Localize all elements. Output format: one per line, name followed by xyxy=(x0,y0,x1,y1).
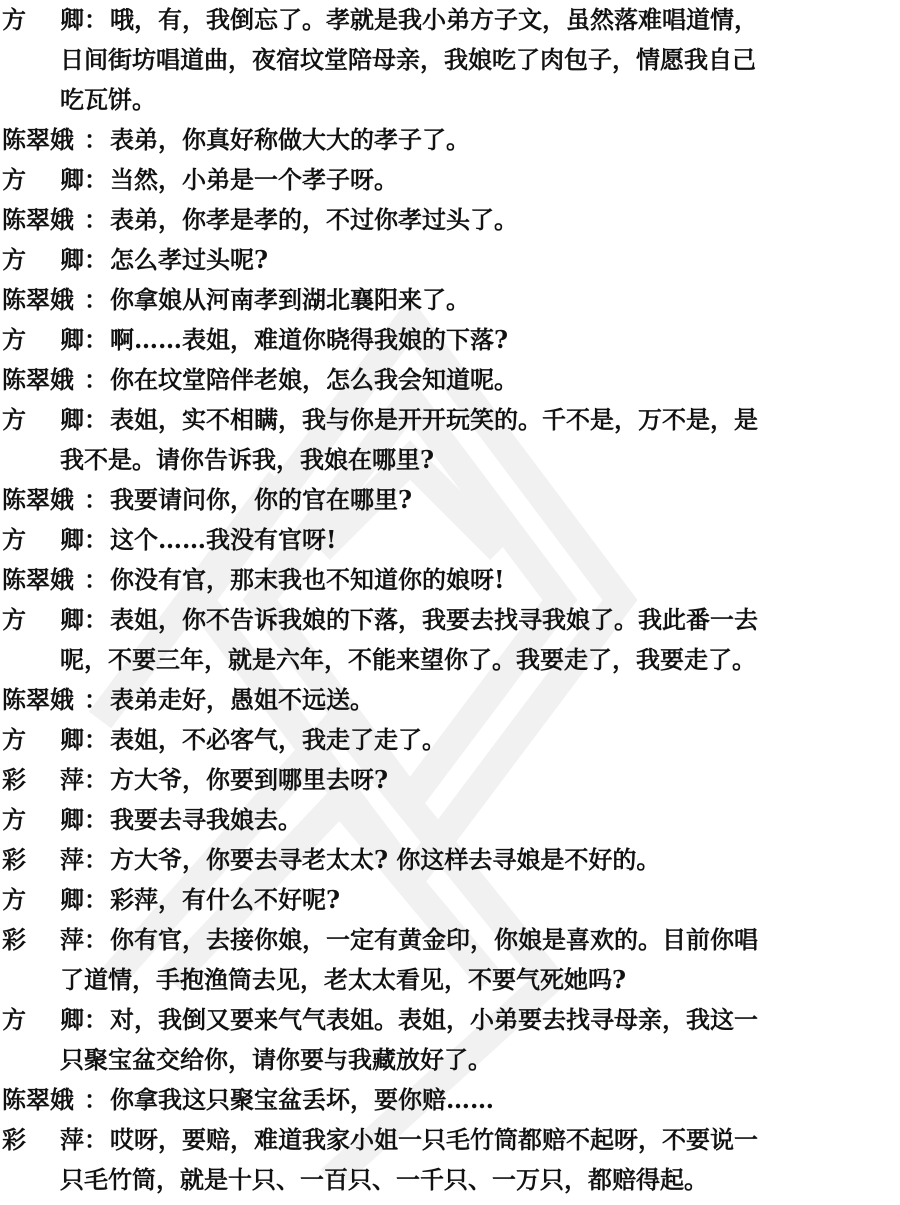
speaker-name: 陈翠娥 xyxy=(0,200,84,240)
dialogue-text: 我要请问你，你的官在哪里? xyxy=(110,480,900,520)
dialogue-line: 方卿：表姐，你不告诉我娘的下落，我要去找寻我娘了。我此番一去 xyxy=(0,600,900,640)
speaker-name: 方卿 xyxy=(0,160,84,200)
speaker-char: 方 xyxy=(2,600,26,640)
speaker-colon: ： xyxy=(84,920,110,960)
speaker-name: 陈翠娥 xyxy=(0,480,84,520)
dialogue-line: 彩萍：哎呀，要赔，难道我家小姐一只毛竹筒都赔不起呀，不要说一 xyxy=(0,1120,900,1160)
speaker-name: 方卿 xyxy=(0,800,84,840)
speaker-char: 卿 xyxy=(60,400,84,440)
speaker-char: 方 xyxy=(2,1000,26,1040)
speaker-name: 彩萍 xyxy=(0,760,84,800)
speaker-char: 卿 xyxy=(60,1000,84,1040)
speaker-name: 彩萍 xyxy=(0,840,84,880)
speaker-char: 陈翠娥 xyxy=(2,1080,74,1120)
speaker-colon: ： xyxy=(84,760,110,800)
speaker-name: 方卿 xyxy=(0,400,84,440)
dialogue-text: 表姐，你不告诉我娘的下落，我要去找寻我娘了。我此番一去 xyxy=(110,600,900,640)
dialogue-line: 方卿：怎么孝过头呢? xyxy=(0,240,900,280)
speaker-colon: ： xyxy=(84,560,110,600)
speaker-char: 方 xyxy=(2,800,26,840)
dialogue-line: 陈翠娥：你在坟堂陪伴老娘，怎么我会知道呢。 xyxy=(0,360,900,400)
speaker-name: 彩萍 xyxy=(0,1120,84,1160)
dialogue-line: 方卿：我要去寻我娘去。 xyxy=(0,800,900,840)
speaker-char: 方 xyxy=(2,0,26,40)
dialogue-line: 方卿：这个……我没有官呀! xyxy=(0,520,900,560)
speaker-char: 方 xyxy=(2,520,26,560)
speaker-name: 方卿 xyxy=(0,600,84,640)
speaker-char: 彩 xyxy=(2,920,26,960)
dialogue-line: 方卿：哦，有，我倒忘了。孝就是我小弟方子文，虽然落难唱道情， xyxy=(0,0,900,40)
speaker-colon: ： xyxy=(84,720,110,760)
dialogue-text: 你拿娘从河南孝到湖北襄阳来了。 xyxy=(110,280,900,320)
speaker-name: 方卿 xyxy=(0,520,84,560)
speaker-char: 卿 xyxy=(60,240,84,280)
dialogue-line: 陈翠娥：表弟，你真好称做大大的孝子了。 xyxy=(0,120,900,160)
speaker-char: 萍 xyxy=(60,920,84,960)
dialogue-text: 这个……我没有官呀! xyxy=(110,520,900,560)
speaker-colon: ： xyxy=(84,120,110,160)
speaker-name: 方卿 xyxy=(0,240,84,280)
dialogue-text: 你在坟堂陪伴老娘，怎么我会知道呢。 xyxy=(110,360,900,400)
speaker-name: 陈翠娥 xyxy=(0,680,84,720)
dialogue-line: 彩萍：方大爷，你要到哪里去呀? xyxy=(0,760,900,800)
speaker-char: 陈翠娥 xyxy=(2,280,74,320)
speaker-char: 陈翠娥 xyxy=(2,200,74,240)
dialogue-text: 哎呀，要赔，难道我家小姐一只毛竹筒都赔不起呀，不要说一 xyxy=(110,1120,900,1160)
speaker-char: 陈翠娥 xyxy=(2,560,74,600)
dialogue-text: 我要去寻我娘去。 xyxy=(110,800,900,840)
speaker-name: 方卿 xyxy=(0,880,84,920)
dialogue-text: 哦，有，我倒忘了。孝就是我小弟方子文，虽然落难唱道情， xyxy=(110,0,900,40)
speaker-colon: ： xyxy=(84,320,110,360)
dialogue-text: 表弟，你真好称做大大的孝子了。 xyxy=(110,120,900,160)
dialogue-text: 表姐，实不相瞒，我与你是开开玩笑的。千不是，万不是，是 xyxy=(110,400,900,440)
dialogue-line: 陈翠娥：表弟，你孝是孝的，不过你孝过头了。 xyxy=(0,200,900,240)
dialogue-line: 陈翠娥：你没有官，那末我也不知道你的娘呀! xyxy=(0,560,900,600)
speaker-char: 卿 xyxy=(60,880,84,920)
speaker-colon: ： xyxy=(84,1120,110,1160)
speaker-colon: ： xyxy=(84,240,110,280)
speaker-char: 陈翠娥 xyxy=(2,480,74,520)
speaker-name: 方卿 xyxy=(0,0,84,40)
dialogue-text: 表弟走好，愚姐不远送。 xyxy=(110,680,900,720)
dialogue-line: 彩萍：方大爷，你要去寻老太太? 你这样去寻娘是不好的。 xyxy=(0,840,900,880)
dialogue-continuation: 呢，不要三年，就是六年，不能来望你了。我要走了，我要走了。 xyxy=(0,640,900,680)
speaker-char: 卿 xyxy=(60,160,84,200)
speaker-char: 方 xyxy=(2,880,26,920)
speaker-name: 陈翠娥 xyxy=(0,280,84,320)
script-dialogue: 方卿：哦，有，我倒忘了。孝就是我小弟方子文，虽然落难唱道情，日间街坊唱道曲，夜宿… xyxy=(0,0,900,1200)
speaker-char: 萍 xyxy=(60,760,84,800)
speaker-colon: ： xyxy=(84,480,110,520)
dialogue-text: 方大爷，你要到哪里去呀? xyxy=(110,760,900,800)
speaker-colon: ： xyxy=(84,840,110,880)
dialogue-continuation: 只毛竹筒，就是十只、一百只、一千只、一万只，都赔得起。 xyxy=(0,1160,900,1200)
speaker-char: 方 xyxy=(2,160,26,200)
dialogue-line: 彩萍：你有官，去接你娘，一定有黄金印，你娘是喜欢的。目前你唱 xyxy=(0,920,900,960)
speaker-char: 方 xyxy=(2,320,26,360)
dialogue-text: 方大爷，你要去寻老太太? 你这样去寻娘是不好的。 xyxy=(110,840,900,880)
dialogue-text: 表姐，不必客气，我走了走了。 xyxy=(110,720,900,760)
speaker-name: 陈翠娥 xyxy=(0,1080,84,1120)
dialogue-line: 方卿：表姐，实不相瞒，我与你是开开玩笑的。千不是，万不是，是 xyxy=(0,400,900,440)
speaker-colon: ： xyxy=(84,520,110,560)
dialogue-text: 你拿我这只聚宝盆丢坏，要你赔…… xyxy=(110,1080,900,1120)
dialogue-line: 陈翠娥：你拿娘从河南孝到湖北襄阳来了。 xyxy=(0,280,900,320)
speaker-colon: ： xyxy=(84,600,110,640)
speaker-name: 陈翠娥 xyxy=(0,560,84,600)
speaker-char: 彩 xyxy=(2,840,26,880)
speaker-colon: ： xyxy=(84,280,110,320)
speaker-char: 陈翠娥 xyxy=(2,120,74,160)
dialogue-continuation: 了道情，手抱渔筒去见，老太太看见，不要气死她吗? xyxy=(0,960,900,1000)
speaker-char: 萍 xyxy=(60,840,84,880)
speaker-char: 彩 xyxy=(2,760,26,800)
dialogue-line: 陈翠娥：你拿我这只聚宝盆丢坏，要你赔…… xyxy=(0,1080,900,1120)
dialogue-text: 对，我倒又要来气气表姐。表姐，小弟要去找寻母亲，我这一 xyxy=(110,1000,900,1040)
dialogue-line: 陈翠娥：表弟走好，愚姐不远送。 xyxy=(0,680,900,720)
speaker-colon: ： xyxy=(84,360,110,400)
speaker-colon: ： xyxy=(84,1000,110,1040)
dialogue-line: 方卿：彩萍，有什么不好呢? xyxy=(0,880,900,920)
dialogue-text: 表弟，你孝是孝的，不过你孝过头了。 xyxy=(110,200,900,240)
speaker-char: 方 xyxy=(2,720,26,760)
speaker-char: 陈翠娥 xyxy=(2,360,74,400)
dialogue-line: 陈翠娥：我要请问你，你的官在哪里? xyxy=(0,480,900,520)
dialogue-line: 方卿：对，我倒又要来气气表姐。表姐，小弟要去找寻母亲，我这一 xyxy=(0,1000,900,1040)
dialogue-text: 啊……表姐，难道你晓得我娘的下落? xyxy=(110,320,900,360)
speaker-char: 卿 xyxy=(60,520,84,560)
speaker-name: 方卿 xyxy=(0,320,84,360)
speaker-char: 卿 xyxy=(60,320,84,360)
dialogue-line: 方卿：当然，小弟是一个孝子呀。 xyxy=(0,160,900,200)
speaker-char: 方 xyxy=(2,240,26,280)
speaker-colon: ： xyxy=(84,400,110,440)
speaker-char: 卿 xyxy=(60,600,84,640)
dialogue-text: 彩萍，有什么不好呢? xyxy=(110,880,900,920)
speaker-colon: ： xyxy=(84,0,110,40)
speaker-colon: ： xyxy=(84,680,110,720)
speaker-char: 方 xyxy=(2,400,26,440)
speaker-colon: ： xyxy=(84,800,110,840)
dialogue-line: 方卿：啊……表姐，难道你晓得我娘的下落? xyxy=(0,320,900,360)
speaker-name: 陈翠娥 xyxy=(0,360,84,400)
speaker-char: 陈翠娥 xyxy=(2,680,74,720)
speaker-name: 方卿 xyxy=(0,1000,84,1040)
speaker-name: 彩萍 xyxy=(0,920,84,960)
dialogue-text: 你有官，去接你娘，一定有黄金印，你娘是喜欢的。目前你唱 xyxy=(110,920,900,960)
speaker-char: 彩 xyxy=(2,1120,26,1160)
speaker-colon: ： xyxy=(84,160,110,200)
dialogue-line: 方卿：表姐，不必客气，我走了走了。 xyxy=(0,720,900,760)
speaker-char: 卿 xyxy=(60,800,84,840)
speaker-char: 卿 xyxy=(60,0,84,40)
speaker-name: 陈翠娥 xyxy=(0,120,84,160)
dialogue-text: 当然，小弟是一个孝子呀。 xyxy=(110,160,900,200)
speaker-colon: ： xyxy=(84,200,110,240)
dialogue-text: 你没有官，那末我也不知道你的娘呀! xyxy=(110,560,900,600)
speaker-name: 方卿 xyxy=(0,720,84,760)
speaker-char: 卿 xyxy=(60,720,84,760)
dialogue-continuation: 日间街坊唱道曲，夜宿坟堂陪母亲，我娘吃了肉包子，情愿我自己 xyxy=(0,40,900,80)
dialogue-continuation: 我不是。请你告诉我，我娘在哪里? xyxy=(0,440,900,480)
speaker-char: 萍 xyxy=(60,1120,84,1160)
speaker-colon: ： xyxy=(84,1080,110,1120)
dialogue-continuation: 只聚宝盆交给你，请你要与我藏放好了。 xyxy=(0,1040,900,1080)
dialogue-text: 怎么孝过头呢? xyxy=(110,240,900,280)
dialogue-continuation: 吃瓦饼。 xyxy=(0,80,900,120)
speaker-colon: ： xyxy=(84,880,110,920)
